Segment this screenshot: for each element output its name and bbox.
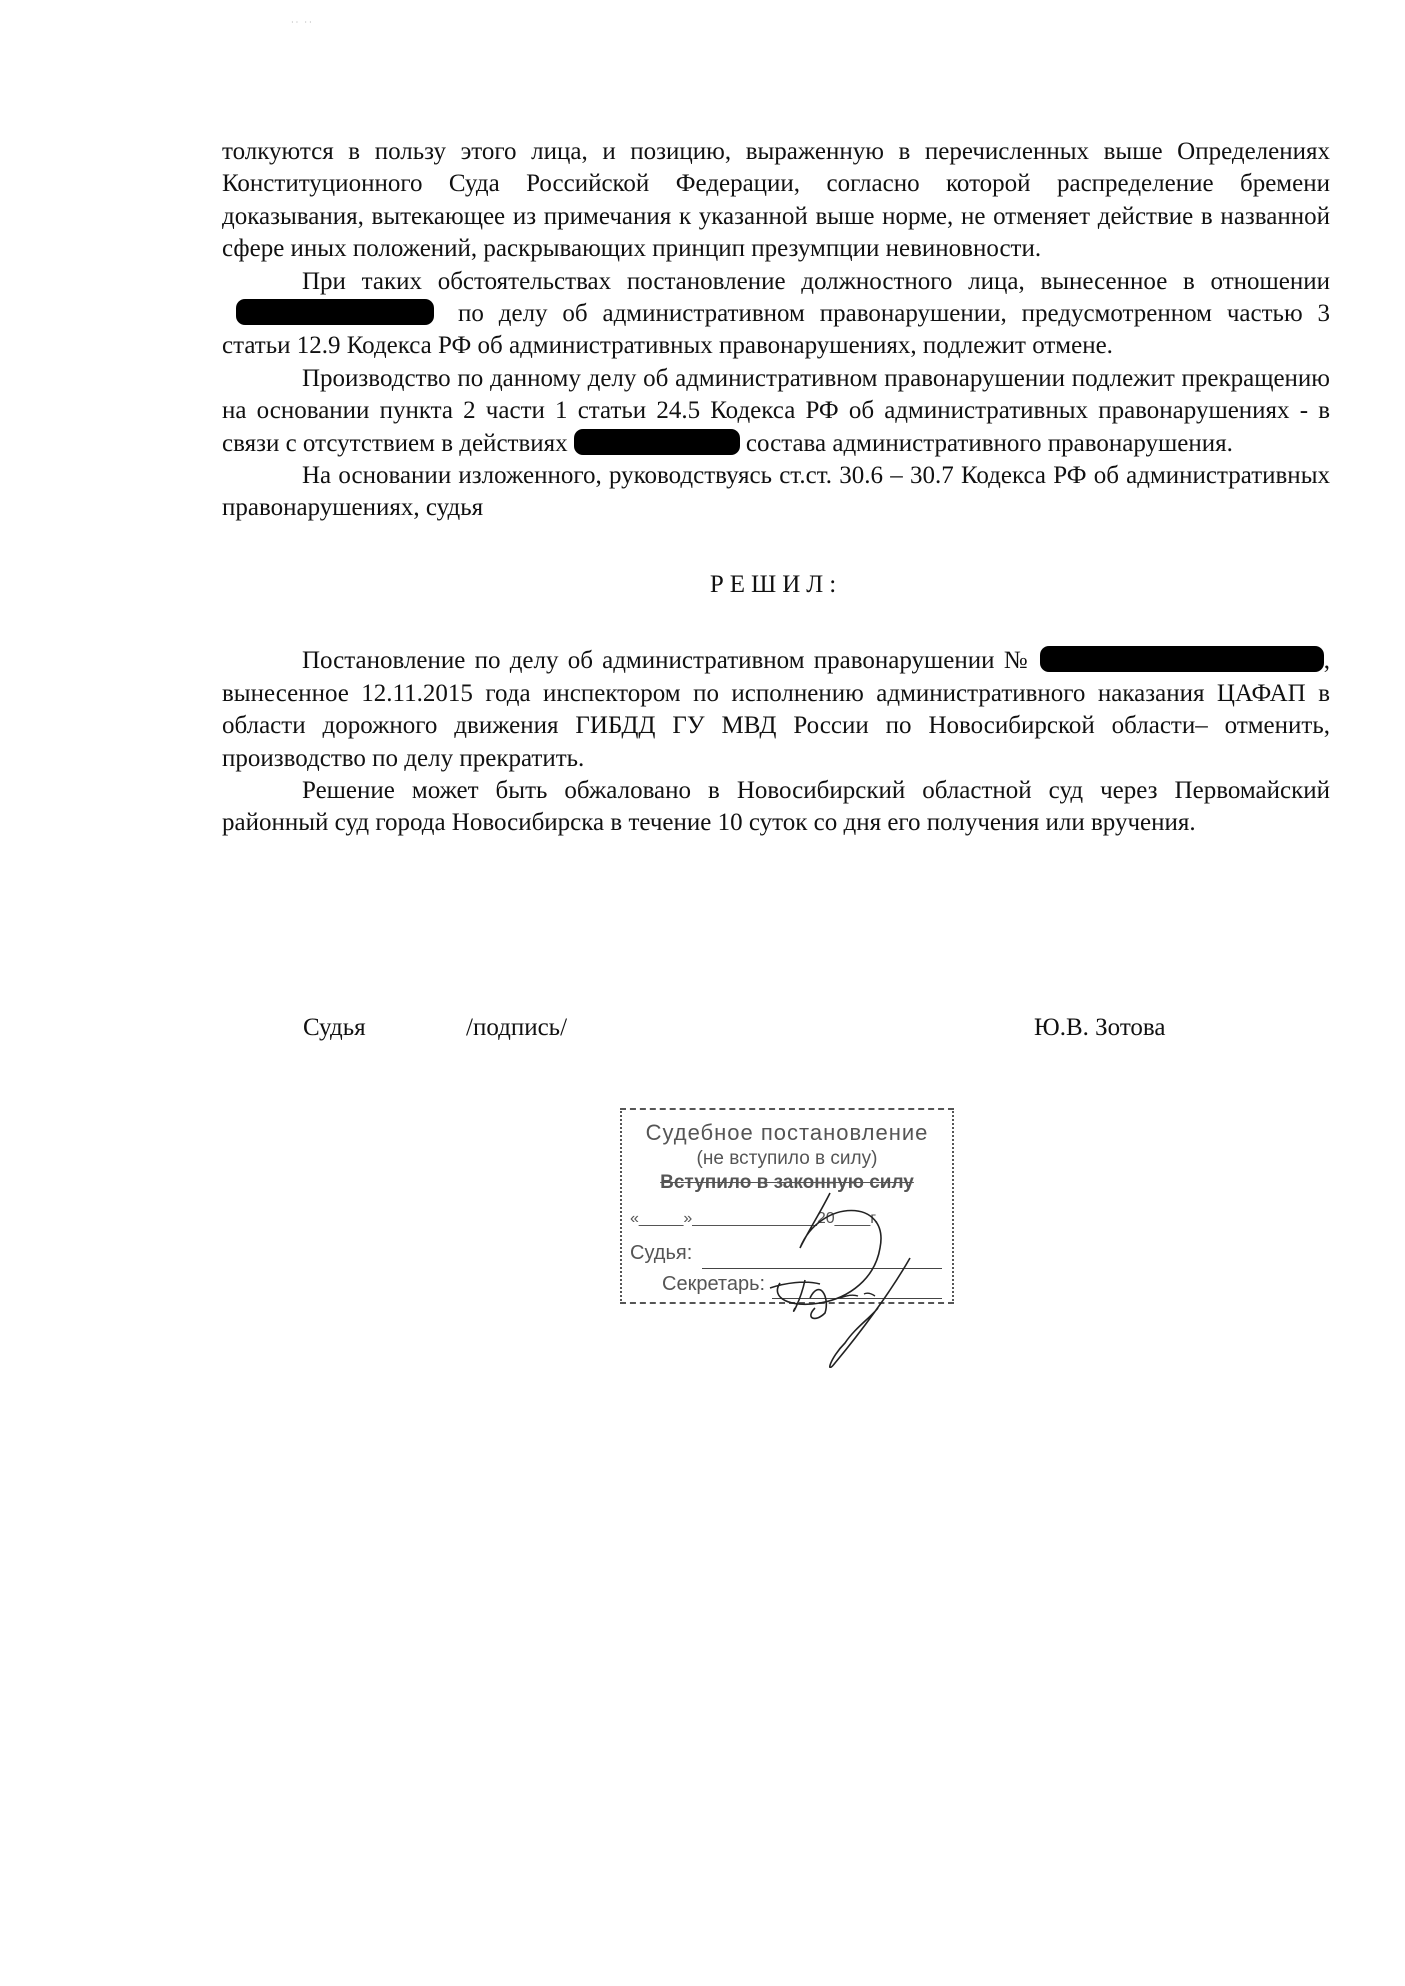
document-body: толкуются в пользу этого лица, и позицию…	[222, 136, 1330, 840]
decision-title: РЕШИЛ:	[222, 569, 1330, 601]
redacted-name	[574, 429, 740, 455]
paragraph-decision: Постановление по делу об административно…	[222, 645, 1330, 775]
judge-role: Судья	[303, 1014, 366, 1042]
paragraph-appeal: Решение может быть обжаловано в Новосиби…	[222, 775, 1330, 840]
paragraph-text: состава административного правонарушения…	[746, 430, 1233, 457]
paragraph-text: При таких обстоятельствах постановление …	[302, 268, 1330, 295]
signature-placeholder: /подпись/	[466, 1014, 567, 1042]
paragraph-basis: На основании изложенного, руководствуясь…	[222, 460, 1330, 525]
redacted-case-number	[1040, 646, 1324, 672]
paragraph-presumption: толкуются в пользу этого лица, и позицию…	[222, 136, 1330, 266]
scan-artifact: ·· ··	[291, 18, 314, 27]
paragraph-circumstances: При таких обстоятельствах постановление …	[222, 266, 1330, 363]
document-page: ·· ·· толкуются в пользу этого лица, и п…	[0, 0, 1405, 1986]
handwritten-signature-icon	[620, 1108, 960, 1368]
redacted-name	[236, 299, 434, 325]
paragraph-text: Постановление по делу об административно…	[302, 647, 1031, 674]
paragraph-proceedings: Производство по данному делу об админист…	[222, 363, 1330, 460]
judge-name: Ю.В. Зотова	[1034, 1014, 1165, 1042]
